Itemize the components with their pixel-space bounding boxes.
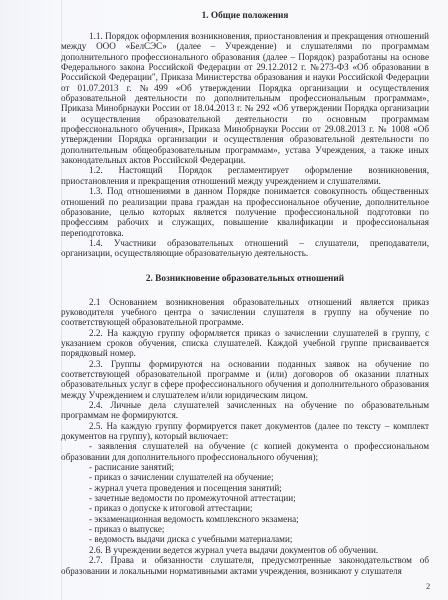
list-item: - приказ о зачислении слушателей на обуч…: [61, 472, 429, 482]
list-item: - заявления слушателей на обучение (с ко…: [61, 441, 429, 462]
list-item: - приказ о выпуске;: [61, 524, 429, 534]
paragraph-1-1: 1.1. Порядок оформления возникновения, п…: [61, 31, 429, 165]
paragraph-2-2: 2.2. На каждую группу оформляется приказ…: [61, 328, 429, 359]
page-number: 2: [426, 581, 430, 591]
paragraph-2-7: 2.7. Права и обязанности слушателя, пред…: [61, 555, 429, 576]
document-body: 1. Общие положения 1.1. Порядок оформлен…: [61, 10, 429, 576]
list-item: - журнал учета проведения и посещения за…: [61, 483, 429, 493]
list-item: - приказ о допуске к итоговой аттестации…: [61, 503, 429, 513]
paragraph-1-3: 1.3. Под отношениями в данном Порядке по…: [61, 186, 429, 238]
paragraph-2-1: 2.1 Основанием возникновения образовател…: [61, 297, 429, 328]
list-item: - экзаменационная ведомость комплексного…: [61, 514, 429, 524]
section-2-heading: 2. Возникновение образовательных отношен…: [61, 273, 429, 285]
list-item: - ведомость выдачи диска с учебными мате…: [61, 534, 429, 544]
list-item: - зачетные ведомости по промежуточной ат…: [61, 493, 429, 503]
section-1-heading: 1. Общие положения: [61, 10, 429, 22]
paragraph-1-2: 1.2. Настоящий Порядок регламентирует оф…: [61, 165, 429, 186]
paragraph-2-5: 2.5. На каждую группу формируется пакет …: [61, 421, 429, 442]
paragraph-2-4: 2.4. Личные дела слушателей зачисленных …: [61, 400, 429, 421]
list-item: - расписание занятий;: [61, 462, 429, 472]
document-page: 1. Общие положения 1.1. Порядок оформлен…: [0, 0, 448, 600]
paragraph-1-4: 1.4. Участники образовательных отношений…: [61, 238, 429, 259]
paragraph-2-6: 2.6. В учреждении ведется журнал учета в…: [61, 545, 429, 555]
paragraph-2-3: 2.3. Группы формируются на основании под…: [61, 359, 429, 400]
